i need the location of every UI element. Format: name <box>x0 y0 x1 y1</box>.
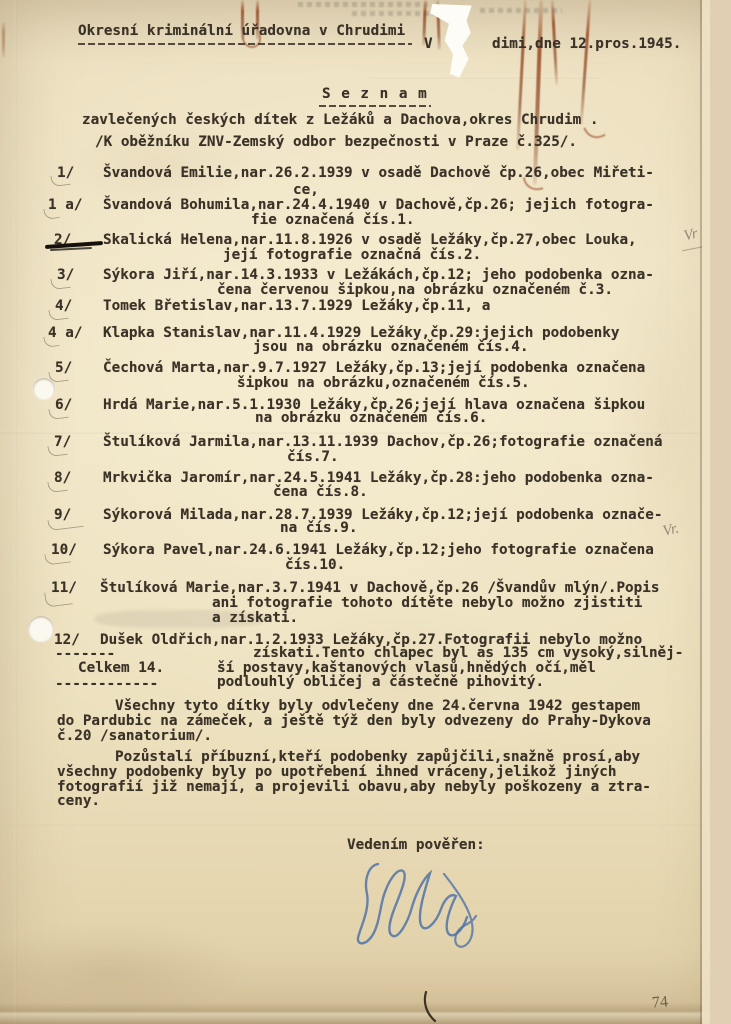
page-number-pencil: 74 <box>651 994 668 1011</box>
item-text-line: Sýkorová Milada,nar.28.7.1939 Ležáky,čp.… <box>103 508 662 523</box>
total-label: Celkem 14. <box>78 661 164 676</box>
pencil-check-mark <box>48 308 68 321</box>
horizontal-crease <box>0 823 731 826</box>
paragraph-line: Všechny tyto dítky byly odvlečeny dne 24… <box>115 699 640 714</box>
item-text-line: získati.Tento chlapec byl as 135 cm vyso… <box>253 646 683 661</box>
item-text-line: Skalická Helena,nar.11.8.1926 v osadě Le… <box>103 233 637 248</box>
pencil-check-mark <box>47 516 83 531</box>
document-title: S e z n a m <box>322 87 428 102</box>
item-text-line: čena červenou šipkou,na obrázku označené… <box>217 283 613 298</box>
item-text-line: čís.7. <box>287 450 339 465</box>
dateline-prefix: V <box>424 37 433 52</box>
item-text-line: čena čís.8. <box>273 485 368 500</box>
ghost-text-imprint <box>480 8 562 13</box>
item-text-line: Sýkora Jiří,nar.14.3.1933 v Ležákách,čp.… <box>103 268 654 283</box>
item-text-line: ani fotografie tohoto dítěte nebylo možn… <box>212 596 642 611</box>
item-text-line: na obrázku označeném čís.6. <box>255 411 487 426</box>
pencil-check-mark <box>47 480 67 493</box>
letterhead-underline <box>78 43 412 45</box>
item-text-line: Štulíková Marie,nar.3.7.1941 v Dachově,č… <box>100 581 659 596</box>
paper-edge <box>700 0 731 1024</box>
item-text-line: čís.10. <box>285 558 345 573</box>
rust-stain <box>533 0 543 185</box>
item-text-line: její fotografie označná čís.2. <box>223 248 481 263</box>
pencil-check-mark <box>50 277 70 290</box>
paragraph-line: fotografií již nemají, a projevili obavu… <box>57 780 651 795</box>
item-text-line: Štulíková Jarmila,nar.13.11.1939 Dachov,… <box>103 435 662 450</box>
subtitle-line: zavlečených českých dítek z Ležáků a Dac… <box>82 113 598 128</box>
item-text-line: Švandová Emilie,nar.26.2.1939 v osadě Da… <box>103 166 654 181</box>
item-text-line: Čechová Marta,nar.9.7.1927 Ležáky,čp.13;… <box>103 361 645 376</box>
letterhead-office: Okresní kriminální úřadovna v Chrudimi <box>78 24 405 39</box>
pencil-check-mark <box>50 174 70 187</box>
paragraph-line: Pozůstalí příbuzní,kteří podobenky zapůj… <box>115 750 640 765</box>
item-text-line: podlouhlý obličej a částečně pihovitý. <box>217 675 544 690</box>
ink-flick-mark <box>420 990 444 1024</box>
rust-stain <box>2 22 5 58</box>
pencil-check-mark <box>44 552 70 566</box>
paragraph-line: ceny. <box>57 794 100 809</box>
pencil-check-mark <box>44 589 73 607</box>
pencil-vr-mark: Vr <box>682 227 699 245</box>
handwritten-signature <box>348 850 508 950</box>
item-text-line: Sýkora Pavel,nar.24.6.1941 Ležáky,čp.12;… <box>103 543 654 558</box>
pencil-check-mark <box>43 335 59 348</box>
pencil-vr-mark: Vr. <box>662 521 681 539</box>
item-text-line: Mrkvička Jaromír,nar.24.5.1941 Ležáky,čp… <box>103 471 654 486</box>
subtitle-line: /K oběžníku ZNV-Zemský odbor bezpečnosti… <box>95 135 577 150</box>
dateline: dimi,dne 12.pros.1945. <box>492 37 681 52</box>
paragraph-line: všechny podobenky byly po upotřebení ihn… <box>57 765 616 780</box>
pencil-check-mark <box>43 207 59 220</box>
item-text-line: a získati. <box>212 611 298 626</box>
paragraph-line: č.20 /sanatorium/. <box>57 729 212 744</box>
rust-stain <box>580 0 592 125</box>
vertical-crease <box>14 0 17 1024</box>
item-text-line: Tomek Břetislav,nar.13.7.1929 Ležáky,čp.… <box>103 299 490 314</box>
paragraph-line: do Pardubic na zámeček, a ještě týž den … <box>57 714 651 729</box>
punch-hole <box>33 378 55 400</box>
ghost-text-imprint <box>298 2 428 7</box>
pencil-check-mark <box>48 407 68 420</box>
horizontal-crease <box>370 76 600 79</box>
item-text-line: šipkou na obrázku,označeném čís.5. <box>237 376 530 391</box>
scanned-document-page: Okresní kriminální úřadovna v Chrudimi V… <box>0 0 731 1024</box>
item-text-line: Švandová Bohumila,nar.24.4.1940 v Dachov… <box>103 198 654 213</box>
item-text-line: fie označená čís.1. <box>251 213 415 228</box>
title-underline <box>319 105 431 107</box>
item-text-line: jsou na obrázku označeném čís.4. <box>253 340 528 355</box>
item-text-line: na čís.9. <box>280 521 357 536</box>
bottom-fold-shadow <box>0 1002 731 1024</box>
pencil-check-mark <box>47 444 67 457</box>
punch-hole <box>28 616 54 642</box>
total-dashes: ------------ <box>55 677 158 692</box>
item-text-line: ce, <box>293 183 319 198</box>
